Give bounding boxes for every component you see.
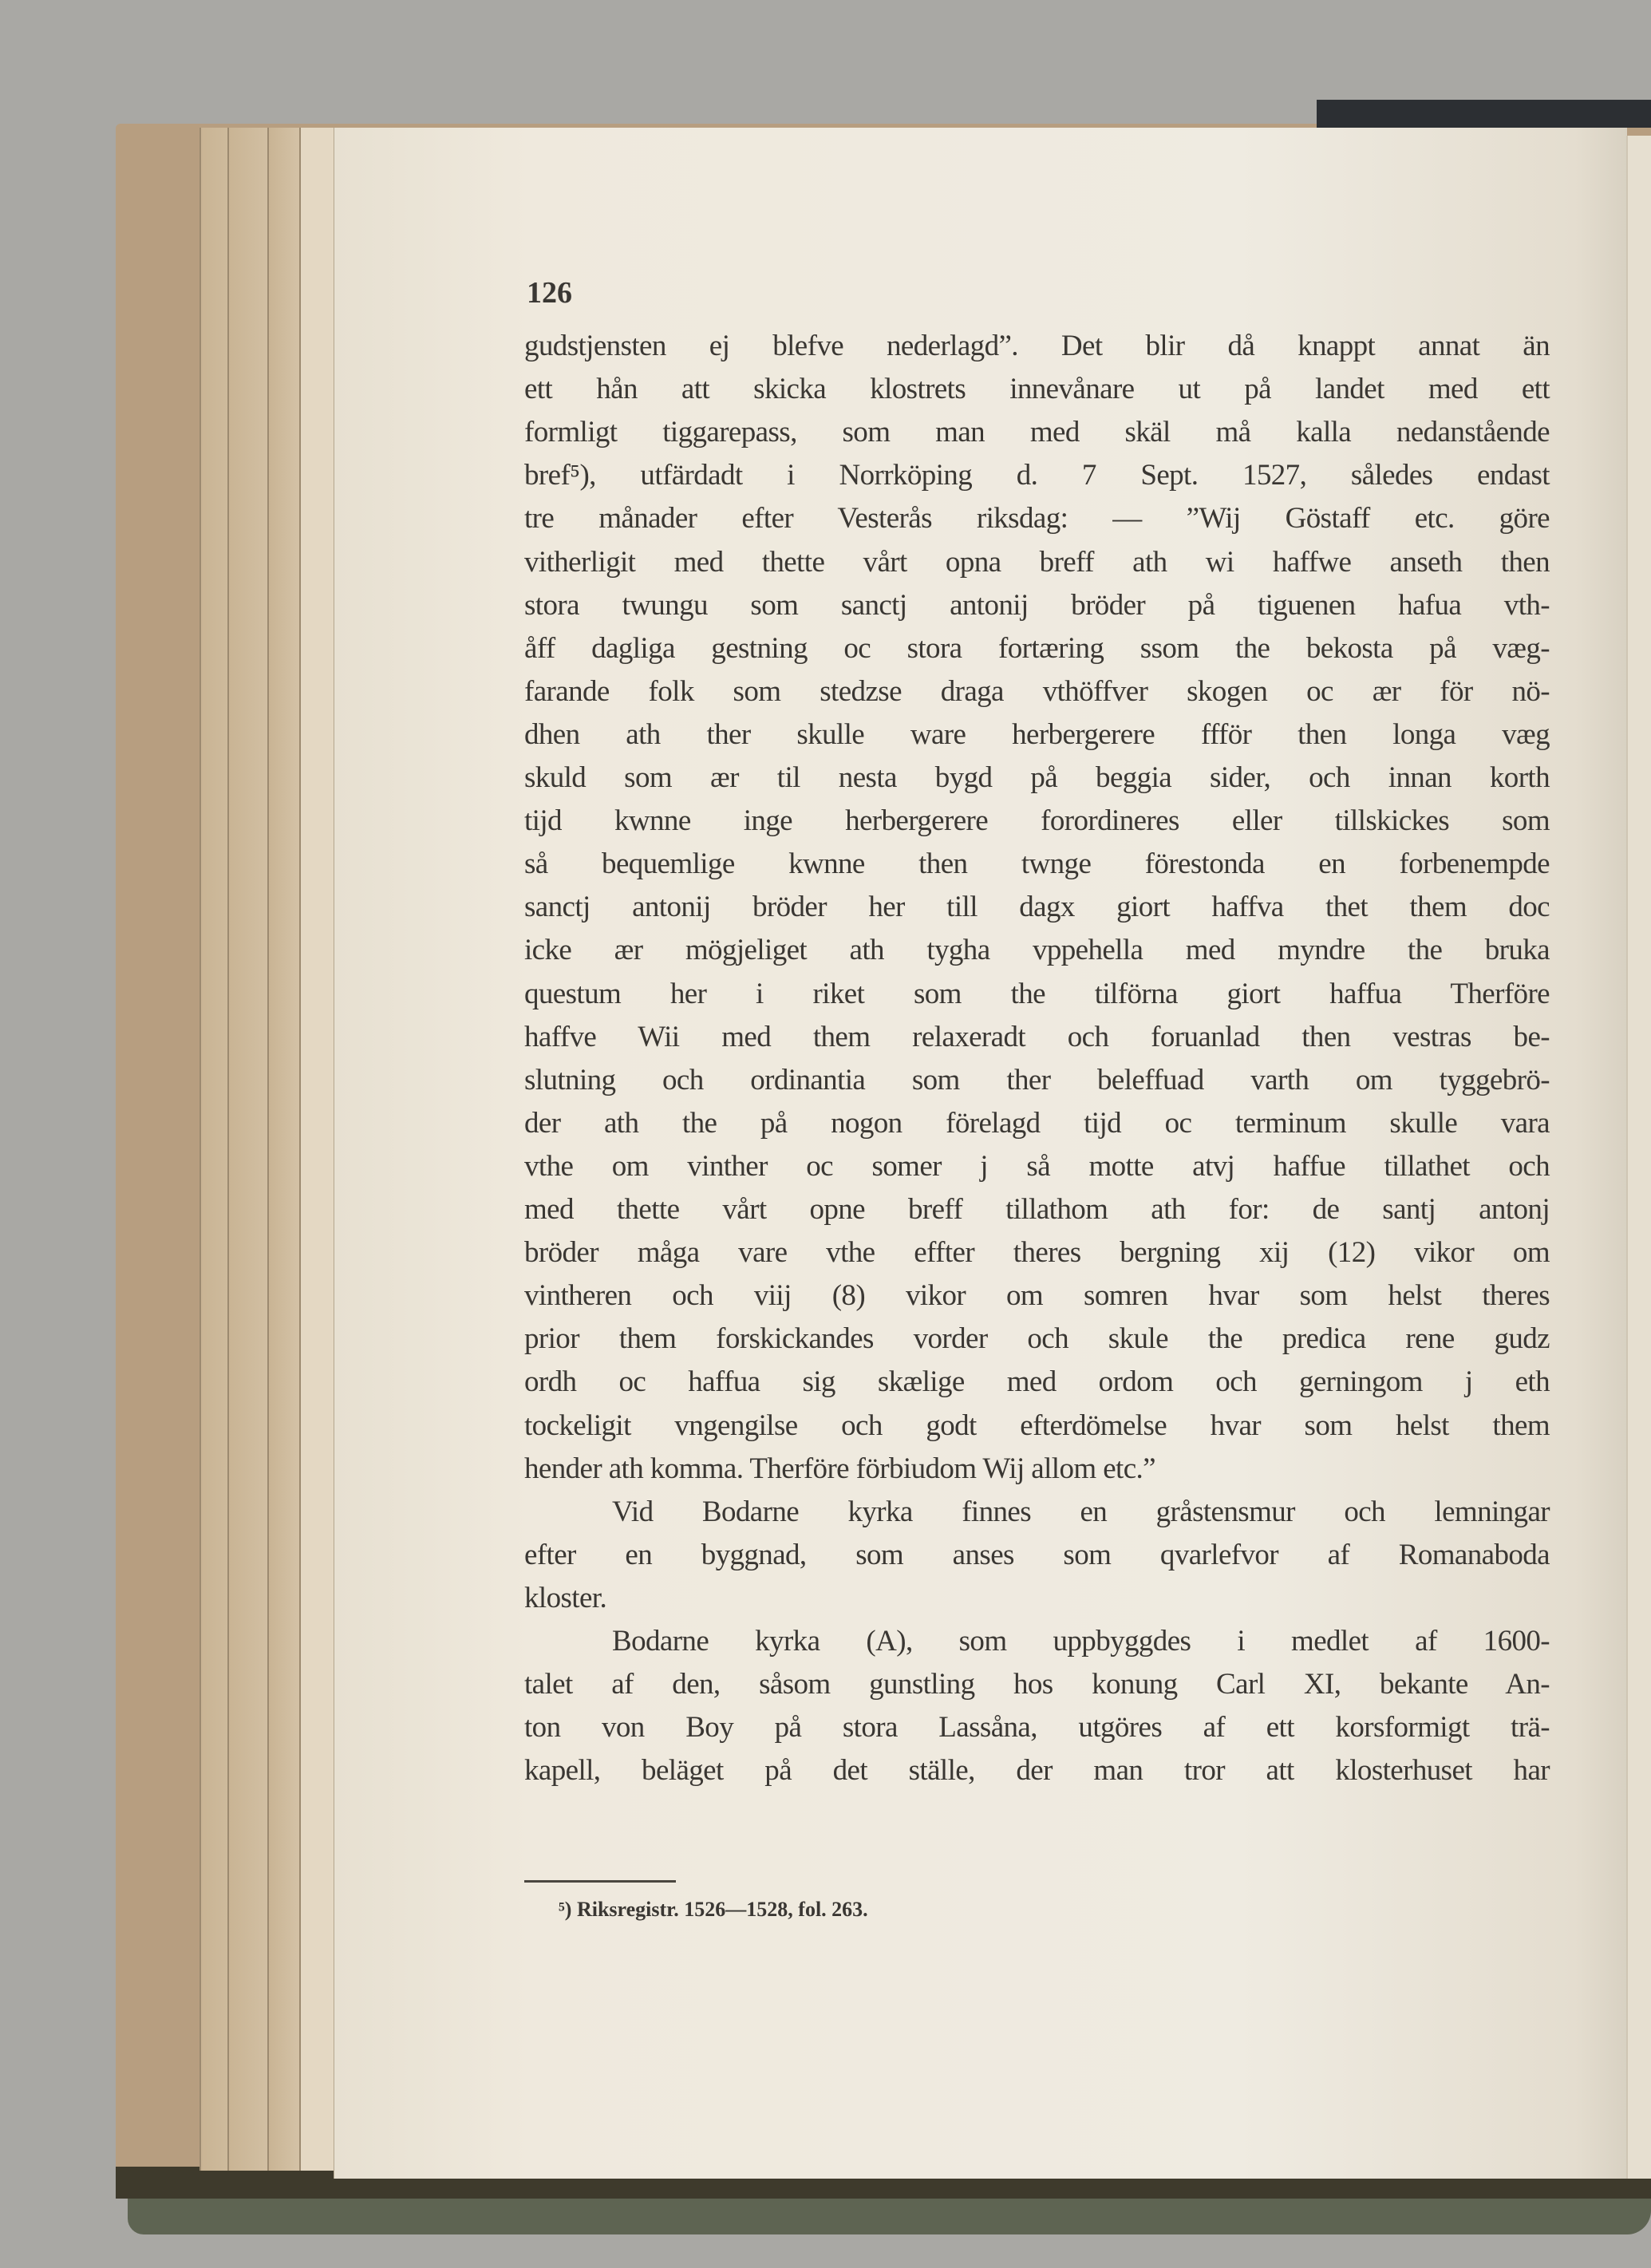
text-line: ett hån att skicka klostrets innevånare … (524, 368, 1550, 411)
text-line: icke ær mögjeliget ath tygha vppehella m… (524, 929, 1550, 972)
text-line: prior them forskickandes vorder och skul… (524, 1318, 1550, 1361)
text-line: Vid Bodarne kyrka finnes en gråstensmur … (524, 1491, 1550, 1534)
footnote: ⁵) Riksregistr. 1526—1528, fol. 263. (559, 1898, 868, 1922)
spine-binding (1317, 100, 1651, 128)
text-line: ordh oc haffua sig skælige med ordom och… (524, 1361, 1550, 1404)
text-line: tockeligit vngengilse och godt efterdöme… (524, 1405, 1550, 1448)
text-line: vthe om vinther oc somer j så motte atvj… (524, 1145, 1550, 1188)
text-line: efter en byggnad, som anses som qvarlefv… (524, 1534, 1550, 1577)
text-line: tijd kwnne inge herbergerere forordinere… (524, 800, 1550, 843)
text-line: gudstjensten ej blefve nederlagd”. Det b… (524, 325, 1550, 368)
text-line: stora twungu som sanctj antonij bröder p… (524, 584, 1550, 627)
text-line: farande folk som stedzse draga vthöffver… (524, 670, 1550, 713)
text-line: talet af den, såsom gunstling hos konung… (524, 1663, 1550, 1706)
text-line: slutning och ordinantia som ther beleffu… (524, 1059, 1550, 1102)
text-line: bröder måga vare vthe effter theres berg… (524, 1231, 1550, 1274)
text-line: questum her i riket som the tilförna gio… (524, 973, 1550, 1016)
text-line: kapell, beläget på det ställe, der man t… (524, 1749, 1550, 1792)
text-line: Bodarne kyrka (A), som uppbyggdes i medl… (524, 1620, 1550, 1663)
text-line: vitherligit med thette vårt opna breff a… (524, 541, 1550, 584)
text-line: skuld som ær til nesta bygd på beggia si… (524, 757, 1550, 800)
text-line: så bequemlige kwnne then twnge förestond… (524, 843, 1550, 886)
text-line: vintheren och viij (8) vikor om somren h… (524, 1274, 1550, 1318)
text-line: hender ath komma. Therföre förbiudom Wij… (524, 1448, 1550, 1491)
page-stack-layer (299, 128, 335, 2171)
text-line: med thette vårt opne breff tillathom ath… (524, 1188, 1550, 1231)
text-line: bref⁵), utfärdadt i Norrköping d. 7 Sept… (524, 454, 1550, 497)
text-line: åff dagliga gestning oc stora fortæring … (524, 627, 1550, 670)
text-line: ton von Boy på stora Lassåna, utgöres af… (524, 1706, 1550, 1749)
text-line: kloster. (524, 1577, 1550, 1620)
footnote-rule (524, 1880, 676, 1883)
text-line: haffve Wii med them relaxeradt och forua… (524, 1016, 1550, 1059)
text-line: sanctj antonij bröder her till dagx gior… (524, 886, 1550, 929)
page-number: 126 (527, 275, 572, 310)
text-line: tre månader efter Vesterås riksdag: — ”W… (524, 497, 1550, 540)
facing-page-edge (1626, 136, 1651, 2179)
text-line: formligt tiggarepass, som man med skäl m… (524, 411, 1550, 454)
text-line: der ath the på nogon förelagd tijd oc te… (524, 1102, 1550, 1145)
text-line: dhen ath ther skulle ware herbergerere f… (524, 713, 1550, 757)
